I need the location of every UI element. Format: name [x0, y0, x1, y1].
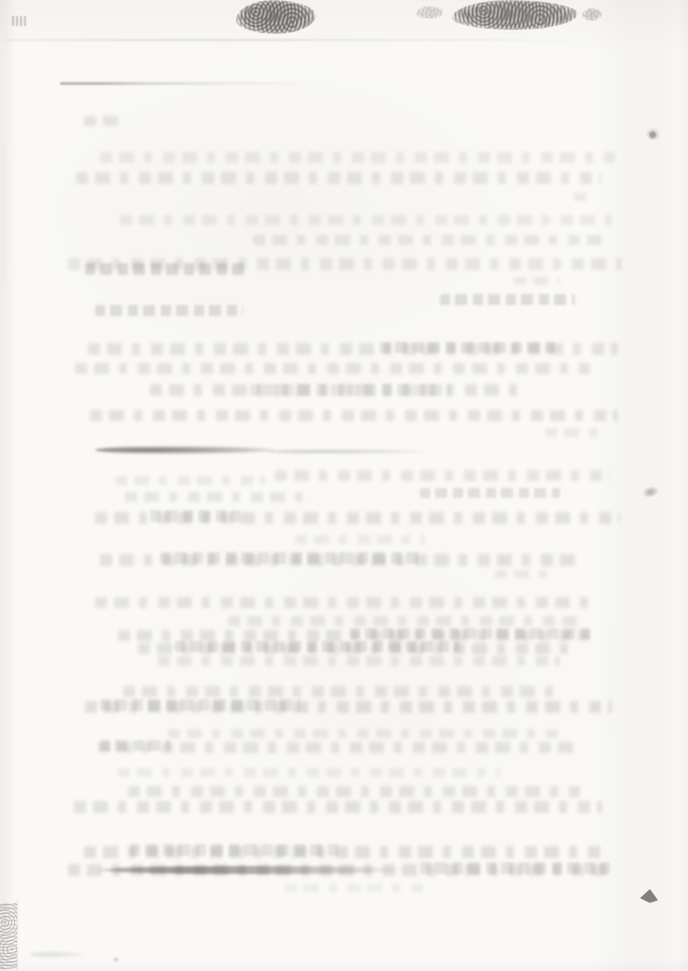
blurred-text-line [514, 277, 560, 285]
dark-text-blob [250, 384, 450, 396]
blurred-text-line [128, 786, 580, 797]
edge-speck-middle [642, 485, 659, 499]
paper-texture [0, 0, 688, 971]
blurred-text-line [90, 410, 618, 421]
dark-text-blob [130, 844, 340, 856]
blurred-text-line [76, 172, 601, 184]
dark-text-blob [420, 862, 610, 874]
bottom-smear [30, 951, 85, 958]
blurred-text-line [120, 215, 612, 225]
blurred-text-line [74, 801, 602, 813]
dark-text-blob [100, 699, 300, 711]
bottom-left-line [17, 898, 18, 971]
underline-smear-tail [268, 449, 428, 454]
dark-text-blob [150, 510, 240, 522]
underline-smear [95, 446, 275, 454]
scan-canvas: { "colors": { "paper": "#faf9f7", "ink":… [0, 0, 688, 971]
blurred-text-line [495, 570, 550, 578]
dark-text-blob [380, 342, 560, 353]
scanned-page [0, 0, 688, 971]
dark-text-blob [440, 294, 575, 305]
blurred-text-line [118, 768, 500, 777]
dark-text-blob [85, 263, 245, 275]
blurred-text-line [228, 616, 580, 626]
ink-smudge [452, 0, 578, 30]
blurred-text-line [253, 235, 610, 245]
bottom-speck [112, 957, 120, 962]
blurred-text-line [98, 742, 580, 753]
blurred-text-line [574, 193, 590, 201]
rule-line [60, 82, 295, 85]
blurred-text-line [295, 535, 425, 544]
blurred-text-line [275, 470, 610, 481]
bottom-dark-streak [95, 866, 407, 874]
ink-smudge [582, 8, 602, 21]
dark-text-blob [350, 628, 590, 639]
dark-text-blob [420, 488, 560, 498]
blurred-text-line [285, 884, 425, 892]
blurred-text-line [158, 656, 560, 666]
heading-word-blur [84, 116, 122, 126]
dark-text-blob [95, 305, 243, 316]
blurred-text-line [95, 597, 590, 608]
bottom-left-noise [0, 903, 17, 969]
blurred-text-line [125, 492, 310, 502]
dark-text-blob [100, 740, 170, 751]
blurred-text-line [168, 729, 560, 738]
blurred-text-line [545, 428, 605, 437]
dark-text-blob [175, 641, 460, 652]
ink-smudge [416, 6, 444, 19]
ink-smudge [236, 0, 316, 34]
scan-line [6, 39, 646, 41]
blurred-text-line [123, 686, 555, 697]
edge-speck-top [646, 127, 662, 140]
corner-mark [12, 16, 28, 26]
edge-speck-bottom [640, 889, 658, 903]
dark-text-blob [160, 552, 420, 564]
blurred-text-line [115, 476, 265, 485]
blurred-text-line [100, 152, 615, 163]
blurred-text-line [75, 363, 590, 374]
